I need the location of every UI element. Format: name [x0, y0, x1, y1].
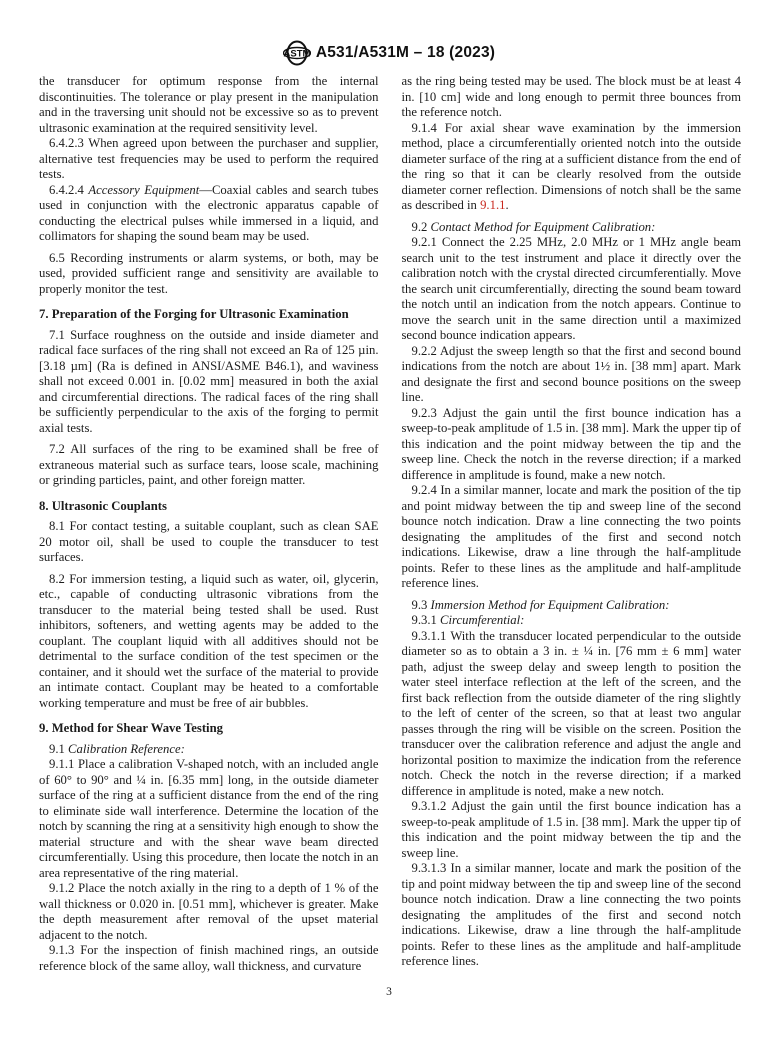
- paragraph: 9.2.4 In a similar manner, locate and ma…: [402, 483, 742, 592]
- paragraph: 9.1.4 For axial shear wave examination b…: [402, 121, 742, 214]
- section-heading: 9. Method for Shear Wave Testing: [39, 721, 379, 737]
- svg-text:ASTM: ASTM: [283, 49, 310, 60]
- paragraph: 7.2 All surfaces of the ring to be exami…: [39, 442, 379, 489]
- paragraph: 8.1 For contact testing, a suitable coup…: [39, 519, 379, 566]
- astm-logo-icon: ASTM: [283, 40, 311, 66]
- document-body: the transducer for optimum response from…: [39, 74, 741, 974]
- paragraph: 9.1.3 For the inspection of finish machi…: [39, 943, 379, 974]
- paragraph: 9.2.2 Adjust the sweep length so that th…: [402, 344, 742, 406]
- section-xref-link[interactable]: 9.1.1: [480, 198, 505, 212]
- section-heading: 8. Ultrasonic Couplants: [39, 499, 379, 515]
- paragraph: 8.2 For immersion testing, a liquid such…: [39, 572, 379, 712]
- paragraph: 9.1.1 Place a calibration V-shaped notch…: [39, 757, 379, 881]
- paragraph: 9.3 Immersion Method for Equipment Calib…: [402, 598, 742, 614]
- standard-designation: A531/A531M – 18 (2023): [316, 44, 495, 62]
- paragraph: 9.3.1.1 With the transducer located perp…: [402, 629, 742, 800]
- right-column: as the ring being tested may be used. Th…: [402, 74, 742, 974]
- page-footer: 3: [0, 986, 778, 998]
- paragraph: 9.3.1.3 In a similar manner, locate and …: [402, 861, 742, 970]
- paragraph: 6.5 Recording instruments or alarm syste…: [39, 251, 379, 298]
- paragraph: 6.4.2.4 Accessory Equipment—Coaxial cabl…: [39, 183, 379, 245]
- paragraph: 7.1 Surface roughness on the outside and…: [39, 328, 379, 437]
- document-header: ASTM A531/A531M – 18 (2023): [0, 40, 778, 66]
- section-heading: 7. Preparation of the Forging for Ultras…: [39, 307, 379, 323]
- page-number: 3: [386, 986, 392, 998]
- paragraph: 9.1 Calibration Reference:: [39, 742, 379, 758]
- paragraph: 9.2.1 Connect the 2.25 MHz, 2.0 MHz or 1…: [402, 235, 742, 344]
- paragraph: 9.2.3 Adjust the gain until the first bo…: [402, 406, 742, 484]
- paragraph: 9.2 Contact Method for Equipment Calibra…: [402, 220, 742, 236]
- paragraph: the transducer for optimum response from…: [39, 74, 379, 136]
- paragraph: as the ring being tested may be used. Th…: [402, 74, 742, 121]
- paragraph: 6.4.2.3 When agreed upon between the pur…: [39, 136, 379, 183]
- paragraph: 9.3.1 Circumferential:: [402, 613, 742, 629]
- left-column: the transducer for optimum response from…: [39, 74, 379, 974]
- paragraph: 9.3.1.2 Adjust the gain until the first …: [402, 799, 742, 861]
- document-page: ASTM A531/A531M – 18 (2023) the transduc…: [0, 0, 778, 1041]
- paragraph: 9.1.2 Place the notch axially in the rin…: [39, 881, 379, 943]
